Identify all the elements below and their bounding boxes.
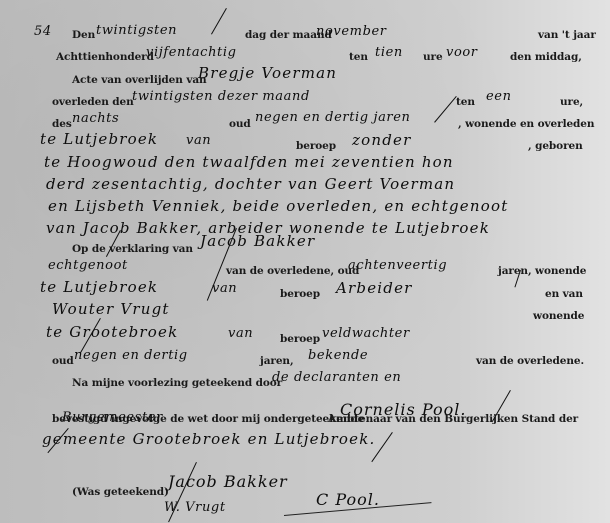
deceased-occupation: zonder xyxy=(352,131,411,149)
label-ten: ten xyxy=(349,51,368,63)
declarant-2-name: Wouter Vrugt xyxy=(52,300,170,318)
label-oud-2: oud xyxy=(52,355,74,367)
label-en-van: en van xyxy=(545,288,583,300)
declarant-1-name: Jacob Bakker xyxy=(200,232,315,250)
label-van-de-overledene-oud: van de overledene, oud xyxy=(226,265,359,277)
time-of-day: nachts xyxy=(72,111,119,126)
declarant-2-occupation: veldwachter xyxy=(322,326,410,341)
label-ure: ure xyxy=(423,51,443,63)
declarant-1-van: van xyxy=(212,281,237,296)
birth-details-line-3: en Lijsbeth Venniek, beide overleden, en… xyxy=(48,197,508,215)
registration-day: twintigsten xyxy=(96,23,177,38)
death-hour: een xyxy=(486,89,512,104)
label-ambtenaar: Ambtenaar van den Burgerlijken Stand der xyxy=(328,413,578,425)
label-beroep-2: beroep xyxy=(280,288,320,300)
declarant-1-age: achtenveertig xyxy=(348,258,447,273)
label-beroep: beroep xyxy=(296,140,336,152)
pen-flourish-stroke xyxy=(434,96,457,123)
label-ure-2: ure, xyxy=(560,96,583,108)
deceased-name: Bregje Voerman xyxy=(198,64,337,82)
registration-year: vijfentachtig xyxy=(146,45,237,60)
scanned-document-page: 54 Den twintigsten dag der maand novembe… xyxy=(0,0,610,523)
label-achttienhonderd: Achttienhonderd xyxy=(56,51,154,63)
before-after-noon: voor xyxy=(446,45,478,60)
declarant-1-relation: echtgenoot xyxy=(48,258,128,273)
label-wonende: wonende xyxy=(533,310,584,322)
entry-number: 54 xyxy=(34,24,52,39)
label-geboren: , geboren xyxy=(528,140,583,152)
label-van-de-overledene: van de overledene. xyxy=(476,355,584,367)
signed-by: de declaranten en xyxy=(272,370,401,385)
label-ten-2: ten xyxy=(456,96,475,108)
label-op-de-verklaring: Op de verklaring van xyxy=(72,243,193,255)
declarant-1-residence: te Lutjebroek xyxy=(40,278,158,296)
label-oud: oud xyxy=(229,118,251,130)
label-den: Den xyxy=(72,29,95,41)
declarant-2-residence: te Grootebroek xyxy=(46,323,178,341)
label-acte-van-overlijden: Acte van overlijden van xyxy=(72,74,207,86)
label-wonende-en-overleden: , wonende en overleden xyxy=(458,118,594,130)
residence-van: van xyxy=(186,133,211,148)
birth-details-line-2: derd zesentachtig, dochter van Geert Voe… xyxy=(46,175,455,193)
pen-flourish-stroke xyxy=(211,8,227,34)
label-van-t-jaar: van 't jaar xyxy=(538,29,596,41)
death-date: twintigsten dezer maand xyxy=(132,89,310,104)
official-title: Burgemeester xyxy=(62,410,163,425)
label-na-mijne-voorlezing: Na mijne voorlezing geteekend door xyxy=(72,377,282,389)
deceased-residence: te Lutjebroek xyxy=(40,130,158,148)
signature-c-pool: C Pool. xyxy=(316,490,380,509)
birth-details-line-1: te Hoogwoud den twaalfden mei zeventien … xyxy=(44,153,454,171)
label-jaren: jaren, xyxy=(260,355,294,367)
label-overleden-den: overleden den xyxy=(52,96,134,108)
municipality: gemeente Grootebroek en Lutjebroek. xyxy=(42,430,375,448)
declarant-2-age: negen en dertig xyxy=(74,348,188,363)
label-beroep-3: beroep xyxy=(280,333,320,345)
registration-hour: tien xyxy=(375,45,403,60)
label-den-middag: den middag, xyxy=(510,51,582,63)
declarant-1-occupation: Arbeider xyxy=(336,279,413,297)
declarant-2-van: van xyxy=(228,326,253,341)
registration-month: november xyxy=(316,24,387,39)
label-jaren-wonende: jaren, wonende xyxy=(498,265,586,277)
label-was-geteekend: (Was geteekend) xyxy=(72,486,169,498)
declarant-2-relation: bekende xyxy=(308,348,368,363)
deceased-age: negen en dertig jaren xyxy=(255,110,411,125)
label-des: des xyxy=(52,118,72,130)
